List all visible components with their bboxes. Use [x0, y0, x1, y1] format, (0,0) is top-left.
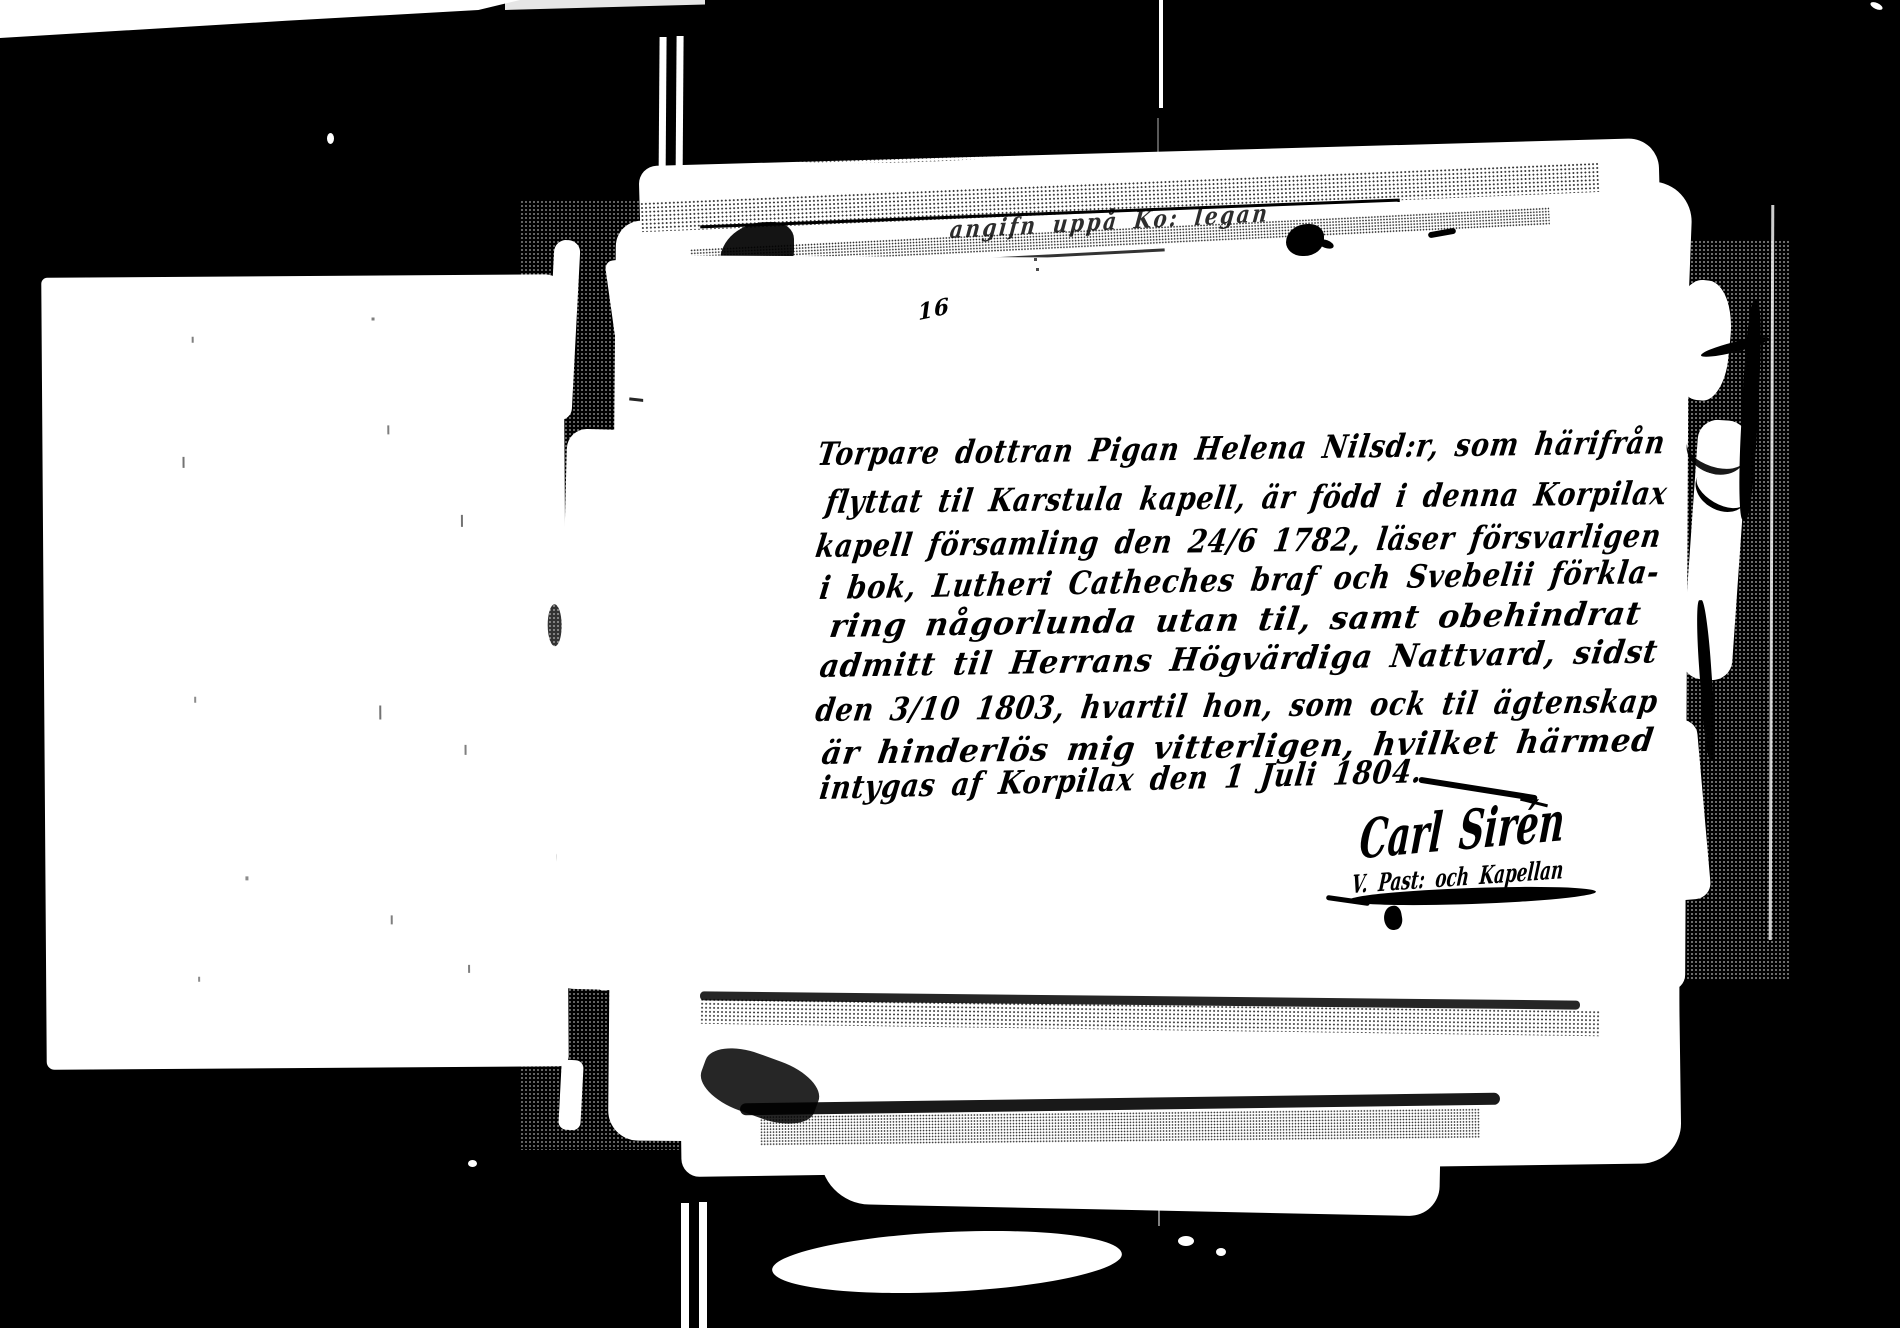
film-edge-line	[681, 1203, 689, 1328]
film-speck	[1216, 1248, 1226, 1256]
film-speck	[468, 1160, 477, 1167]
pen-dot	[1036, 268, 1039, 271]
left-blank-page	[41, 274, 569, 1070]
microfilm-scan: angifn uppå Ko: legan 16 Torpare dottran…	[0, 0, 1900, 1328]
handwritten-line: flyttat til Karstula kapell, är född i d…	[824, 477, 1670, 518]
film-speck	[1869, 1, 1883, 12]
page-mark	[461, 515, 463, 527]
page-mark	[192, 337, 194, 343]
page-mark	[194, 697, 196, 703]
film-edge-line	[699, 1202, 707, 1328]
film-exposure-band	[0, 0, 520, 40]
handwritten-line: den 3/10 1803, hvartil hon, som ock til …	[814, 685, 1661, 726]
film-speck	[1178, 1236, 1194, 1246]
stack-bottom-blob	[770, 1221, 1123, 1302]
signature-name: Carl Sirén	[1358, 794, 1566, 866]
leaf-number-mark: 16	[917, 295, 950, 324]
film-speck	[327, 133, 334, 144]
film-exposure-band-ext	[505, 0, 705, 10]
page-mark	[465, 745, 467, 755]
page-mark	[245, 876, 248, 880]
page-mark	[372, 318, 375, 321]
page-mark	[387, 425, 389, 434]
page-mark	[198, 977, 200, 982]
film-scratch-line	[1159, 0, 1163, 108]
page-mark	[391, 915, 393, 924]
page-mark	[468, 965, 470, 973]
page-mark	[379, 705, 381, 719]
paper-fold	[558, 1059, 584, 1130]
pen-dot	[1034, 258, 1037, 261]
page-mark	[182, 457, 184, 468]
